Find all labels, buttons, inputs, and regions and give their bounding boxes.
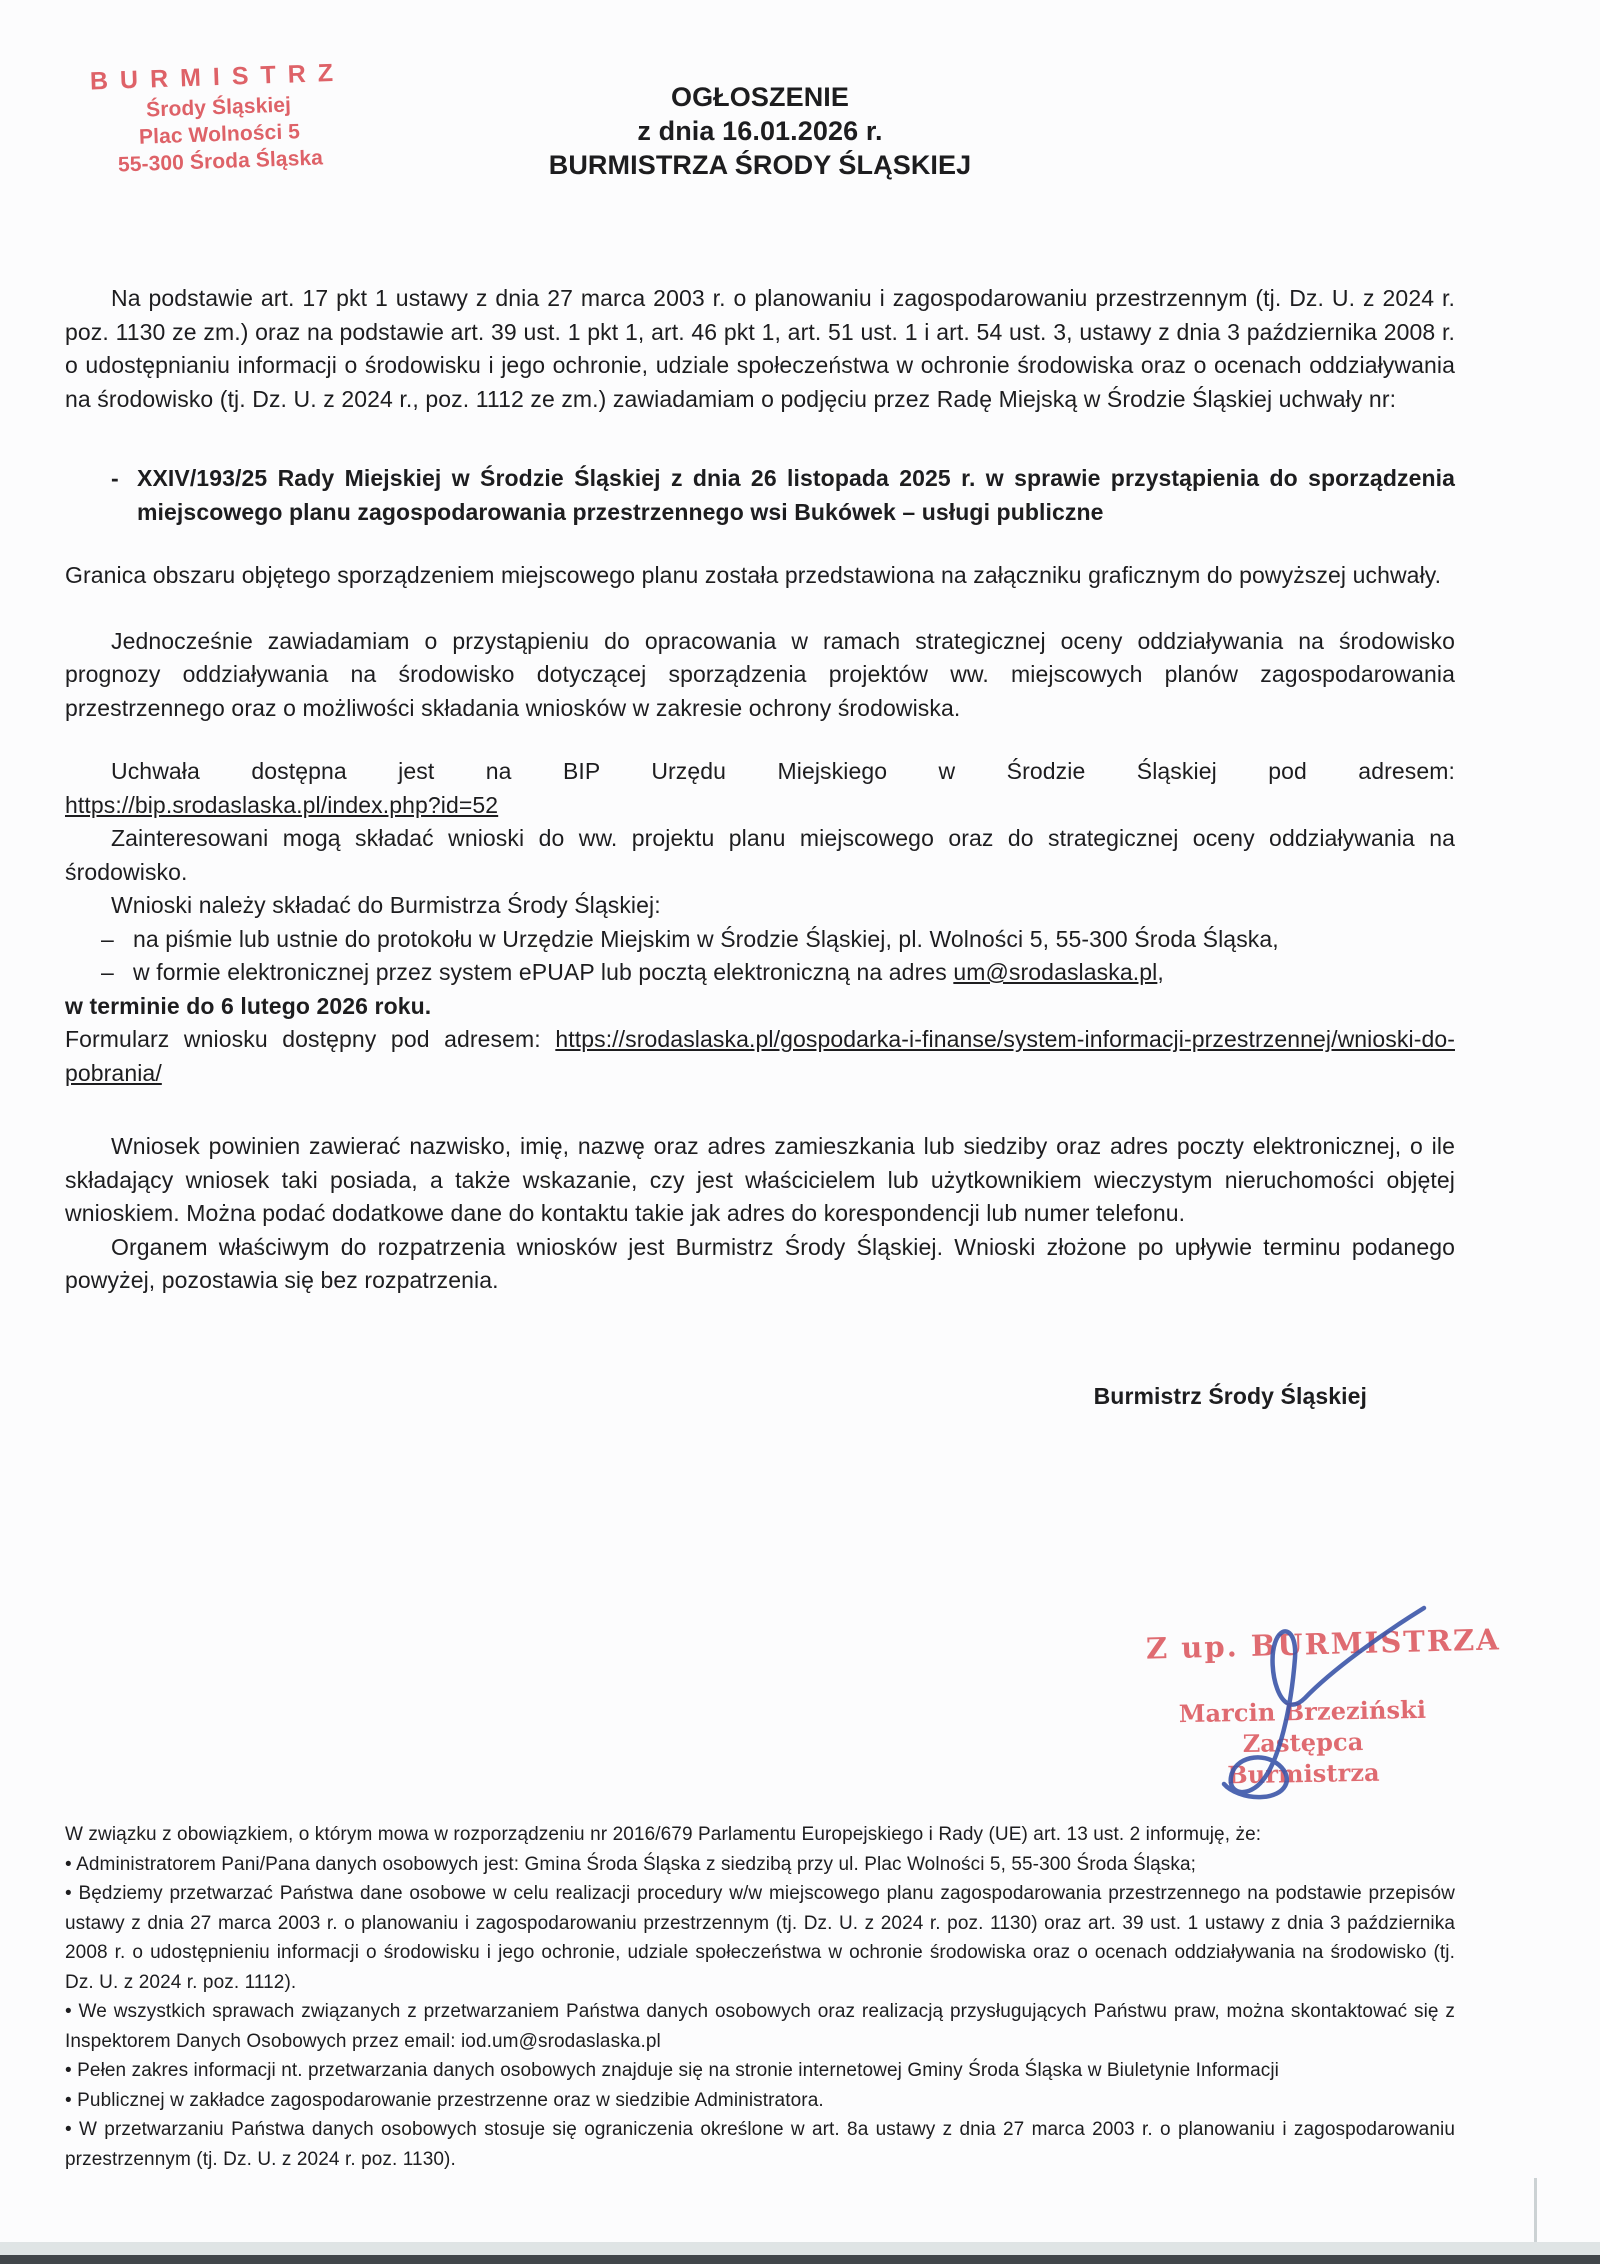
list-item-suffix: , [1157, 959, 1164, 985]
bip-availability-block: Uchwała dostępna jest na BIP Urzędu Miej… [65, 755, 1455, 822]
bip-url-link[interactable]: https://bip.srodaslaska.pl/index.php?id=… [65, 792, 498, 818]
paragraph-deadline: w terminie do 6 lutego 2026 roku. [65, 990, 1455, 1024]
scan-edge-vertical [1534, 2178, 1537, 2244]
sender-office-stamp: BURMISTRZ Środy Śląskiej Plac Wolności 5… [64, 59, 374, 181]
hyphen-bullet-marker: - [111, 462, 119, 496]
rodo-item: • Będziemy przetwarzać Państwa dane osob… [65, 1879, 1455, 1997]
paragraph-content-requirements: Wniosek powinien zawierać nazwisko, imię… [65, 1130, 1455, 1231]
dash-bullet-marker: – [101, 956, 114, 990]
scanned-announcement-page: BURMISTRZ Środy Śląskiej Plac Wolności 5… [0, 0, 1600, 2264]
list-item-text-continued: Środa Śląska, [1134, 926, 1279, 952]
paragraph-authority: Organem właściwym do rozpatrzenia wniosk… [65, 1231, 1455, 1298]
paragraph-submit-to: Wnioski należy składać do Burmistrza Śro… [65, 889, 1455, 923]
rodo-intro: W związku z obowiązkiem, o którym mowa w… [65, 1820, 1455, 1850]
paragraph-sea-notice: Jednocześnie zawiadamiam o przystąpieniu… [65, 625, 1455, 726]
scan-edge-line [0, 2255, 1600, 2264]
rodo-item: • W przetwarzaniu Państwa danych osobowy… [65, 2115, 1455, 2174]
paragraph-form-address: Formularz wniosku dostępny pod adresem: … [65, 1023, 1455, 1090]
signatory-title: Burmistrz Środy Śląskiej [65, 1380, 1455, 1414]
rodo-item: • Publicznej w zakładce zagospodarowanie… [65, 2086, 1455, 2116]
form-address-text: Formularz wniosku dostępny pod adresem: [65, 1026, 555, 1052]
list-item-text: w formie elektronicznej przez system ePU… [133, 959, 953, 985]
paragraph-interested-parties: Zainteresowani mogą składać wnioski do w… [65, 822, 1455, 889]
resolution-text: XXIV/193/25 Rady Miejskiej w Środzie Ślą… [137, 465, 1455, 525]
paragraph-boundary: Granica obszaru objętego sporządzeniem m… [65, 559, 1455, 593]
list-item-written-submission: – na piśmie lub ustnie do protokołu w Ur… [65, 923, 1455, 957]
email-link[interactable]: um@srodaslaska.pl [953, 959, 1157, 985]
rodo-item: • Administratorem Pani/Pana danych osobo… [65, 1850, 1455, 1880]
paragraph-legal-basis: Na podstawie art. 17 pkt 1 ustawy z dnia… [65, 282, 1455, 416]
handwritten-signature [1168, 1598, 1428, 1808]
dash-bullet-marker: – [101, 923, 114, 957]
rodo-item: • Pełen zakres informacji nt. przetwarza… [65, 2056, 1455, 2086]
scan-edge-band [0, 2242, 1600, 2256]
list-item-text: na piśmie lub ustnie do protokołu w Urzę… [133, 926, 1128, 952]
list-item-electronic-submission: – w formie elektronicznej przez system e… [65, 956, 1455, 990]
rodo-item: • We wszystkich sprawach związanych z pr… [65, 1997, 1455, 2056]
bip-availability-line: Uchwała dostępna jest na BIP Urzędu Miej… [65, 755, 1455, 789]
rodo-footer: W związku z obowiązkiem, o którym mowa w… [65, 1820, 1455, 2174]
resolution-item: - XXIV/193/25 Rady Miejskiej w Środzie Ś… [105, 462, 1455, 529]
